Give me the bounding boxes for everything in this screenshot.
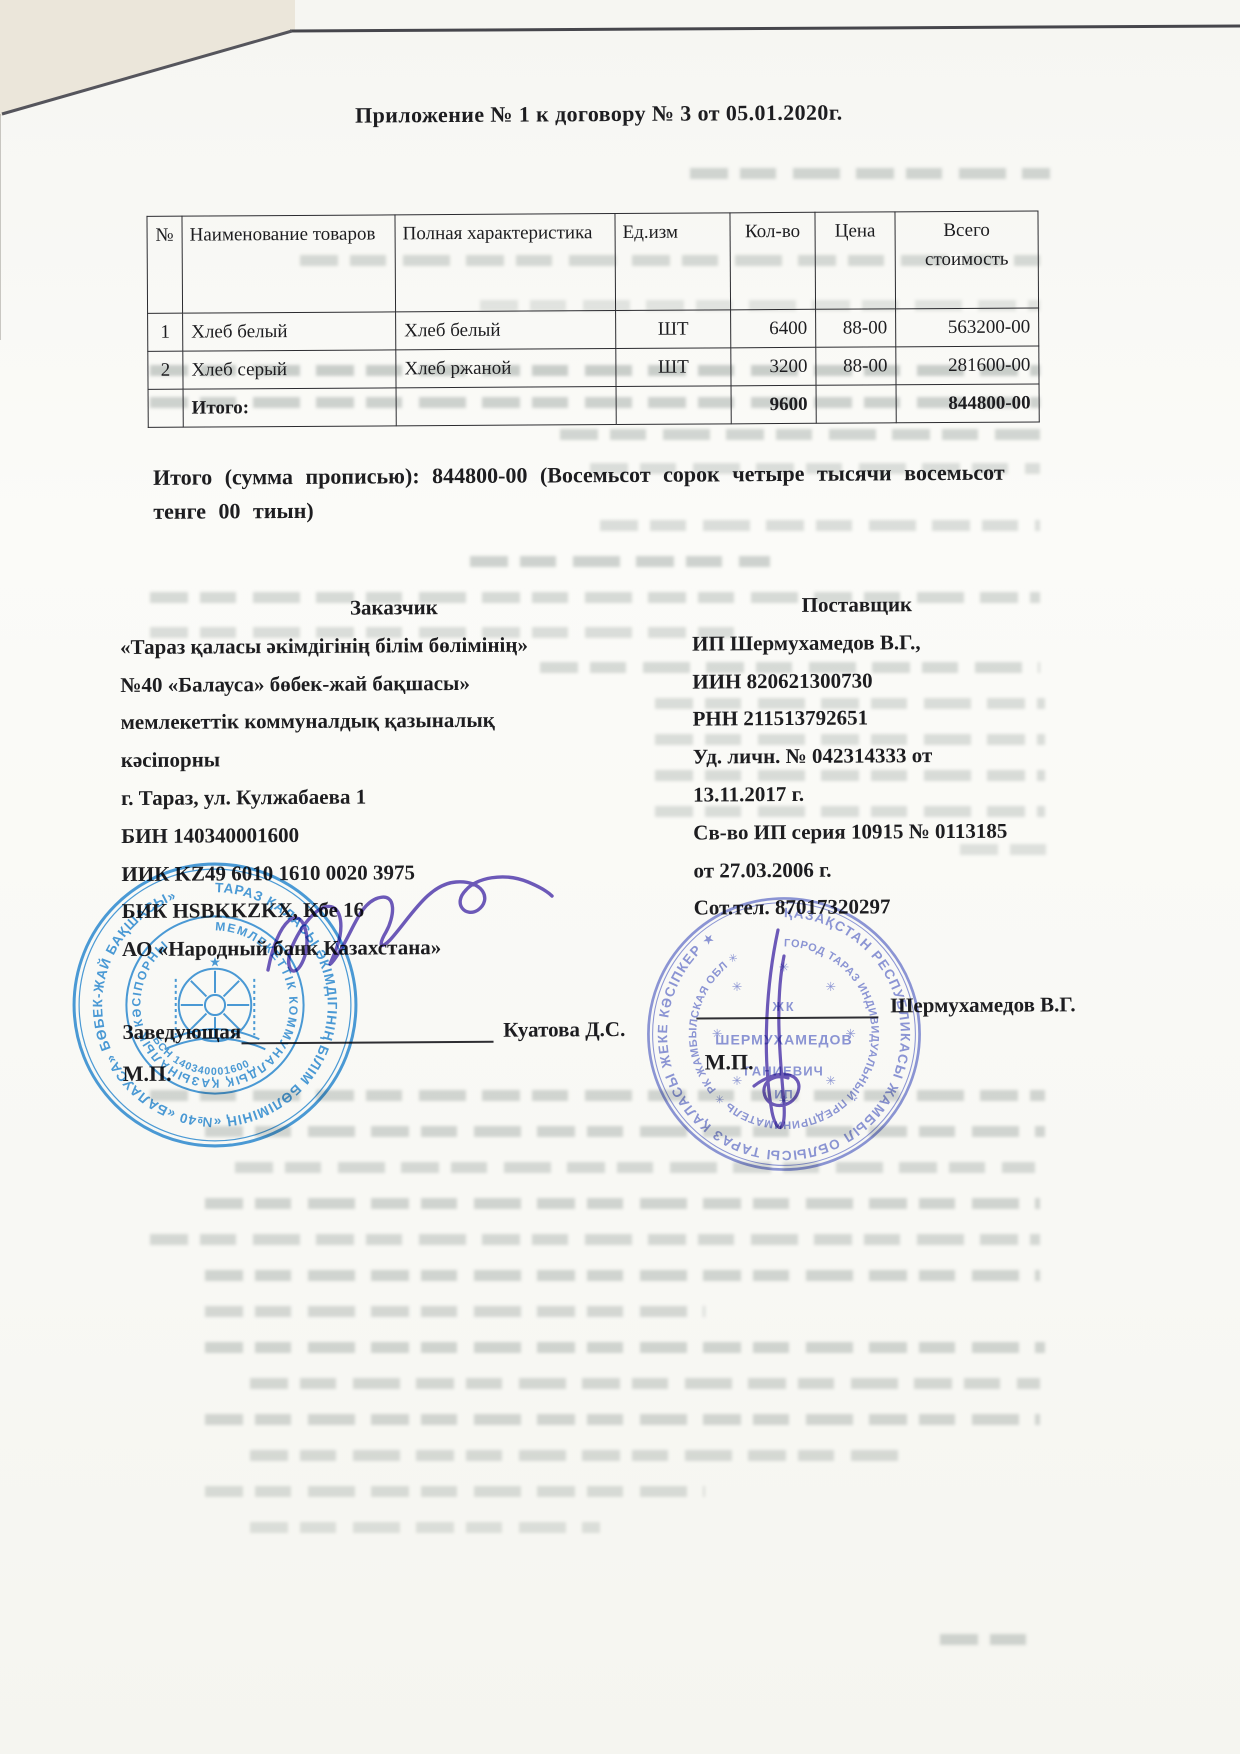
header-unit: Ед.изм bbox=[615, 213, 731, 311]
customer-signature-ink bbox=[260, 846, 556, 1024]
sum-in-words: Итого (сумма прописью): 844800-00 (Восем… bbox=[153, 455, 1058, 529]
table-row: 2 Хлеб серый Хлеб ржаной ШТ 3200 88-00 2… bbox=[148, 346, 1039, 389]
customer-line: «Тараз қаласы әкімдігінің білім бөліміні… bbox=[120, 626, 668, 667]
cell-name: Хлеб белый bbox=[183, 312, 396, 351]
table-row: 1 Хлеб белый Хлеб белый ШТ 6400 88-00 56… bbox=[148, 308, 1039, 351]
scanned-document-page: Приложение № 1 к договору № 3 от 05.01.2… bbox=[0, 0, 1240, 1754]
cell-qty: 6400 bbox=[731, 309, 816, 348]
header-price: Цена bbox=[815, 212, 896, 309]
customer-line: кәсіпорны bbox=[121, 739, 669, 780]
customer-stamp-star-icon: ★ bbox=[209, 955, 221, 970]
supplier-heading: Поставщик bbox=[692, 586, 1022, 626]
cell-num: 1 bbox=[148, 313, 183, 351]
cell-price: 88-00 bbox=[816, 347, 896, 385]
cell-spec-empty bbox=[396, 387, 616, 426]
cell-qty: 3200 bbox=[731, 347, 816, 386]
header-total: Всего стоимость bbox=[895, 211, 1039, 309]
header-num: № bbox=[147, 216, 183, 313]
customer-heading: Заказчик bbox=[120, 588, 668, 629]
cell-price: 88-00 bbox=[816, 309, 896, 347]
customer-stamp-emblem bbox=[165, 969, 266, 1050]
header-spec: Полная характеристика bbox=[395, 214, 616, 312]
cell-total: 563200-00 bbox=[896, 308, 1039, 347]
cell-spec: Хлеб ржаной bbox=[396, 349, 616, 388]
cell-total-qty: 9600 bbox=[731, 385, 816, 424]
table-total-row: Итого: 9600 844800-00 bbox=[148, 384, 1039, 427]
cell-total-sum: 844800-00 bbox=[896, 384, 1039, 423]
supplier-line: РНН 211513792651 bbox=[692, 698, 1112, 738]
cell-total: 281600-00 bbox=[896, 346, 1039, 385]
supplier-line: 13.11.2017 г. bbox=[693, 774, 1113, 814]
header-name: Наименование товаров bbox=[182, 215, 396, 313]
cell-spec: Хлеб белый bbox=[396, 311, 616, 350]
supplier-line: Уд. личн. № 042314333 от bbox=[693, 736, 1113, 776]
cell-num: 2 bbox=[148, 351, 183, 389]
supplier-line: от 27.03.2006 г. bbox=[693, 850, 1113, 890]
customer-line: мемлекеттік коммуналдық қазыналық bbox=[120, 701, 668, 742]
table-header-row: № Наименование товаров Полная характерис… bbox=[147, 211, 1039, 313]
page-title: Приложение № 1 к договору № 3 от 05.01.2… bbox=[94, 98, 1104, 130]
supplier-line: ИП Шермухамедов В.Г., bbox=[692, 623, 1112, 663]
cell-unit-empty bbox=[616, 386, 731, 425]
goods-table: № Наименование товаров Полная характерис… bbox=[146, 210, 1039, 427]
cell-unit: ШТ bbox=[616, 348, 731, 387]
cell-price-empty bbox=[816, 385, 896, 423]
header-qty: Кол-во bbox=[730, 212, 816, 310]
cell-total-label: Итого: bbox=[183, 388, 396, 427]
cell-name: Хлеб серый bbox=[183, 350, 396, 389]
customer-line: №40 «Балауса» бөбек-жай бақшасы» bbox=[120, 663, 668, 704]
supplier-block: Поставщик ИП Шермухамедов В.Г., ИИН 8206… bbox=[692, 585, 1114, 928]
customer-line: г. Тараз, ул. Кулжабаева 1 bbox=[121, 777, 669, 818]
cell-unit: ШТ bbox=[616, 310, 731, 349]
supplier-line: ИИН 820621300730 bbox=[692, 661, 1112, 701]
supplier-line: Св-во ИП серия 10915 № 0113185 bbox=[693, 812, 1113, 852]
cell-num-empty bbox=[148, 389, 183, 427]
supplier-signature-ink bbox=[714, 924, 836, 1162]
